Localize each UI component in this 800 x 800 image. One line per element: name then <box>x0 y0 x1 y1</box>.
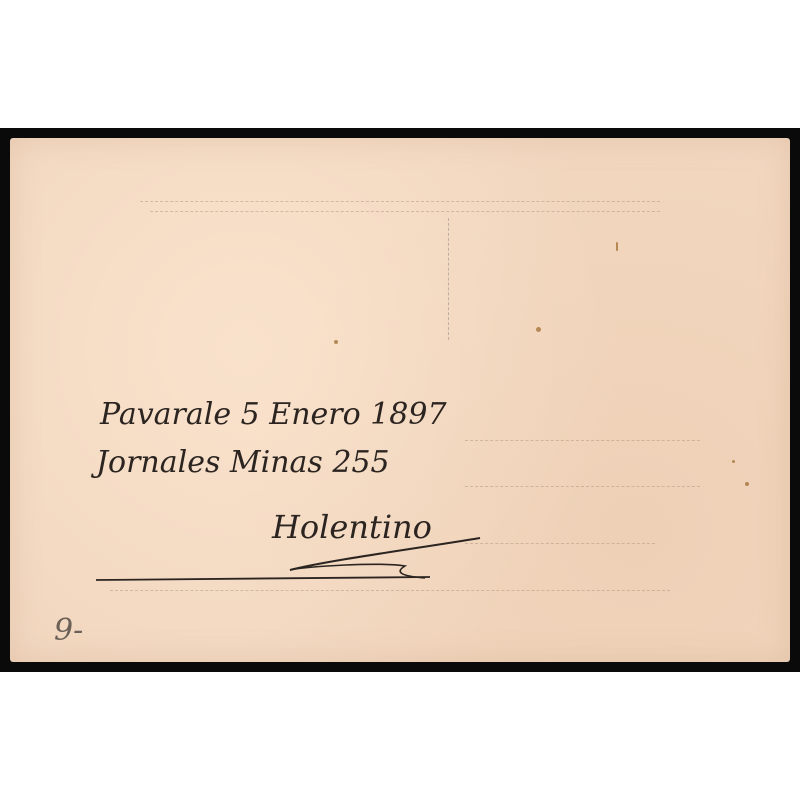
handwriting-layer: Pavarale 5 Enero 1897 Jornales Minas 255… <box>0 0 800 800</box>
handwritten-signature: Holentino <box>271 508 432 546</box>
handwritten-place-date: Pavarale 5 Enero 1897 <box>99 397 447 432</box>
pencil-corner-note: 9- <box>54 613 83 648</box>
handwritten-subject: Jornales Minas 255 <box>90 445 390 480</box>
signature-underline <box>96 577 430 580</box>
